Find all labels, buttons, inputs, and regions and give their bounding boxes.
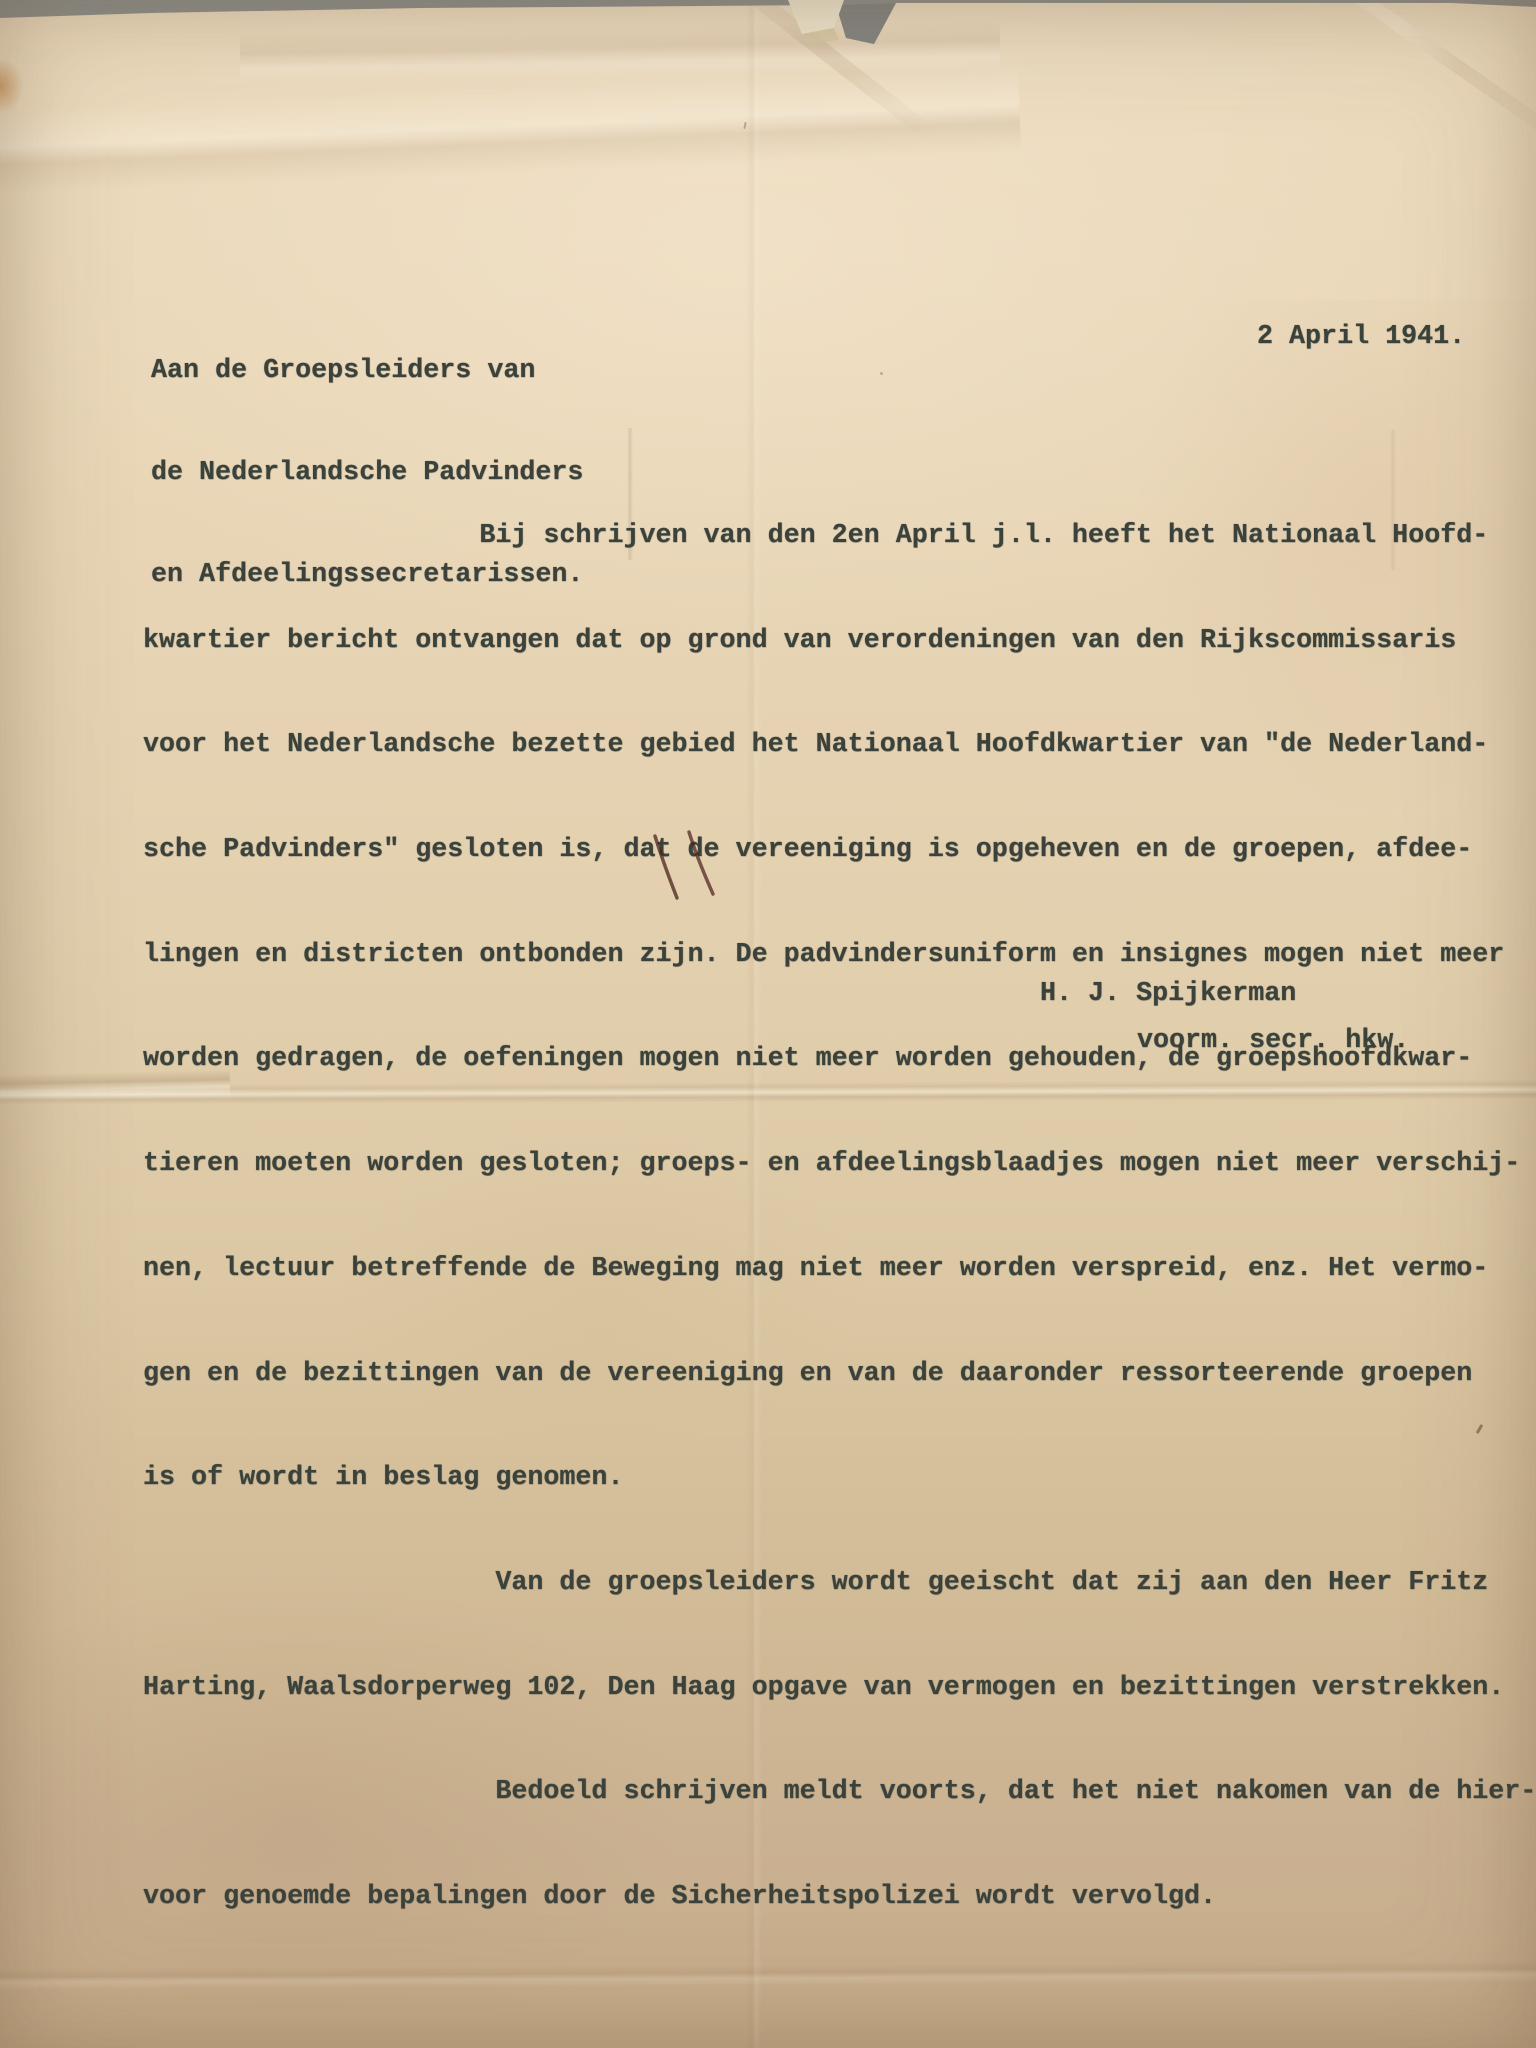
pen-stroke-mark [0, 0, 1536, 2048]
photo-backdrop-edge [0, 0, 1536, 64]
backdrop-gray [0, 0, 1536, 44]
tape-fragment [788, 0, 844, 34]
letter-photo: Aan de Groepsleiders van de Nederlandsch… [0, 0, 1536, 2048]
